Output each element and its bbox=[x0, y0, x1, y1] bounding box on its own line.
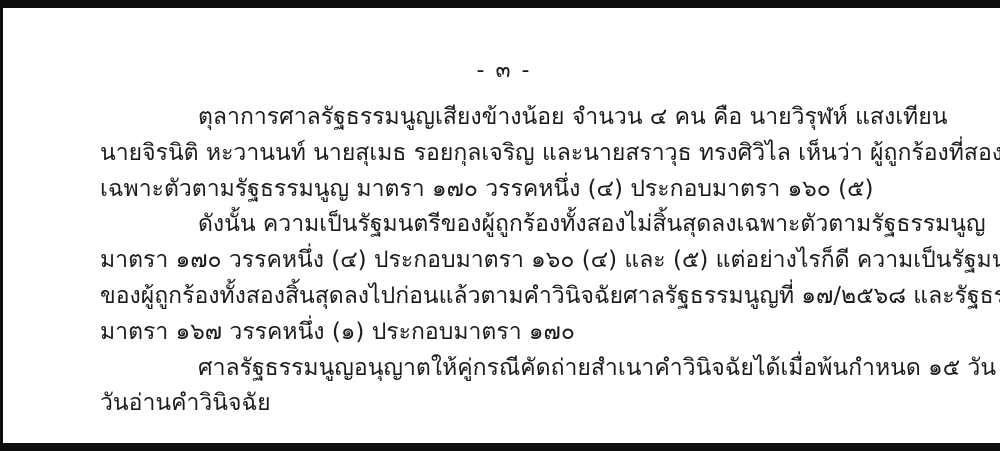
text-line: เฉพาะตัวตามรัฐธรรมนูญ มาตรา ๑๗๐ วรรคหนึ่… bbox=[100, 172, 912, 208]
paragraph-minority-judges: ตุลาการศาลรัฐธรรมนูญเสียงข้างน้อย จำนวน … bbox=[100, 100, 912, 207]
text-line: ดังนั้น ความเป็นรัฐมนตรีของผู้ถูกร้องทั้… bbox=[100, 207, 912, 243]
scan-edge-top bbox=[0, 0, 1000, 8]
paragraph-copy-permission: ศาลรัฐธรรมนูญอนุญาตให้คู่กรณีคัดถ่ายสำเน… bbox=[100, 351, 912, 423]
text-line: มาตรา ๑๗๐ วรรคหนึ่ง (๔) ประกอบมาตรา ๑๖๐ … bbox=[100, 243, 912, 279]
scan-edge-left bbox=[0, 0, 3, 451]
text-line: นายจิรนิติ หะวานนท์ นายสุเมธ รอยกุลเจริญ… bbox=[100, 136, 912, 172]
text-line: ของผู้ถูกร้องทั้งสองสิ้นสุดลงไปก่อนแล้วต… bbox=[100, 279, 912, 315]
text-line: ตุลาการศาลรัฐธรรมนูญเสียงข้างน้อย จำนวน … bbox=[100, 100, 912, 136]
text-line: ศาลรัฐธรรมนูญอนุญาตให้คู่กรณีคัดถ่ายสำเน… bbox=[100, 351, 912, 387]
text-line: วันอ่านคำวินิจฉัย bbox=[100, 386, 912, 422]
document-body: ตุลาการศาลรัฐธรรมนูญเสียงข้างน้อย จำนวน … bbox=[100, 100, 912, 422]
document-page: - ๓ - ตุลาการศาลรัฐธรรมนูญเสียงข้างน้อย … bbox=[0, 0, 1000, 451]
text-line: มาตรา ๑๖๗ วรรคหนึ่ง (๑) ประกอบมาตรา ๑๗๐ bbox=[100, 315, 912, 351]
paragraph-conclusion: ดังนั้น ความเป็นรัฐมนตรีของผู้ถูกร้องทั้… bbox=[100, 207, 912, 350]
scan-edge-bottom bbox=[0, 443, 1000, 451]
page-number: - ๓ - bbox=[100, 52, 908, 87]
